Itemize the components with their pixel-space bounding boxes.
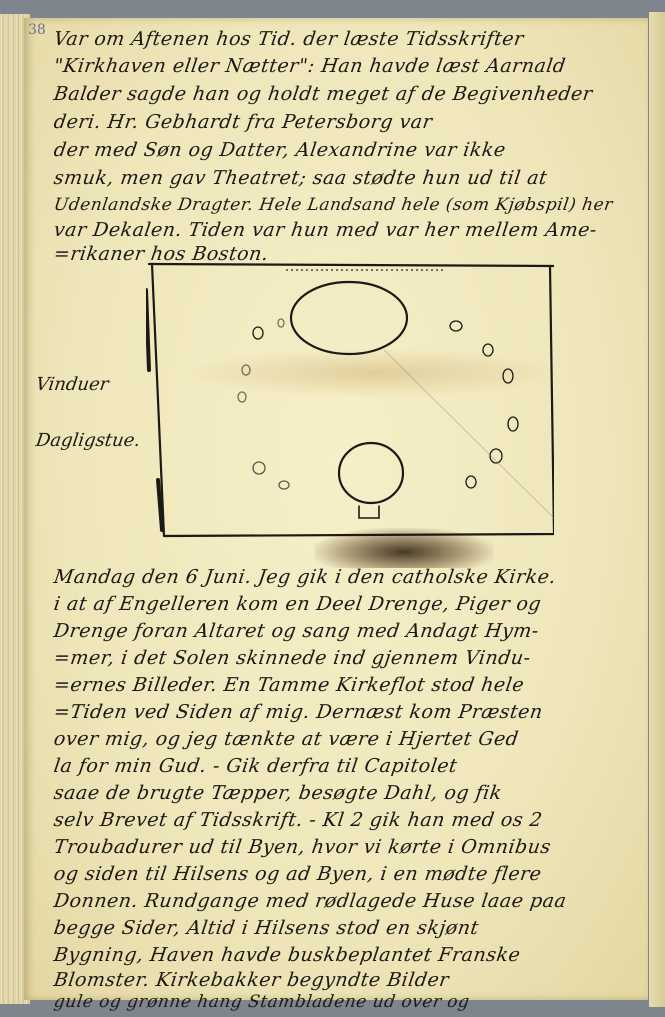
text-line: Drenge foran Altaret og sang med Andagt … (52, 620, 540, 642)
manuscript-page: 38 Var om Aftenen hos Tid. der læste Tid… (24, 18, 648, 1000)
text-line: Donnen. Rundgange med rødlagede Huse laa… (52, 890, 567, 912)
text-line: Mandag den 6 Juni. Jeg gik i den cathols… (52, 566, 557, 588)
margin-label-living-room: Dagligstue. (35, 430, 142, 451)
text-line: la for min Gud. - Gik derfra til Capitol… (52, 755, 458, 777)
text-line: og siden til Hilsens og ad Byen, i en mø… (52, 863, 543, 885)
text-line: smuk, men gav Theatret; saa stødte hun u… (52, 167, 548, 189)
text-line: Balder sagde han og holdt meget af de Be… (52, 83, 594, 105)
text-line: der med Søn og Datter, Alexandrine var i… (52, 139, 507, 161)
text-line: "Kirkhaven eller Nætter": Han havde læst… (52, 55, 567, 77)
text-line: selv Brevet af Tidsskrift. - Kl 2 gik ha… (52, 809, 543, 831)
text-line: =Tiden ved Siden af mig. Dernæst kom Præ… (52, 701, 544, 723)
text-line: =ernes Billeder. En Tamme Kirkeflot stod… (52, 674, 525, 696)
text-line: Bygning, Haven havde buskbeplantet Frans… (52, 944, 521, 966)
text-line: Blomster. Kirkebakker begyndte Bilder (52, 969, 450, 991)
text-line: var Dekalen. Tiden var hun med var her m… (52, 219, 598, 241)
floor-plan-sketch (146, 260, 554, 550)
scanned-manuscript: 38 Var om Aftenen hos Tid. der læste Tid… (0, 0, 665, 1017)
page-number: 38 (28, 22, 46, 38)
text-line: Udenlandske Dragter. Hele Landsand hele … (53, 195, 615, 215)
text-line: =mer, i det Solen skinnede ind gjennem V… (52, 647, 532, 669)
text-line: saae de brugte Tæpper, besøgte Dahl, og … (52, 782, 503, 804)
text-line: over mig, og jeg tænkte at være i Hjerte… (52, 728, 520, 750)
text-line: Var om Aftenen hos Tid. der læste Tidssk… (52, 28, 525, 50)
text-line: i at af Engelleren kom en Deel Drenge, P… (52, 593, 542, 615)
text-line: deri. Hr. Gebhardt fra Petersborg var (52, 111, 433, 133)
text-line: gule og grønne hang Stambladene ud over … (53, 992, 471, 1012)
book-right-edge (649, 12, 665, 1007)
text-line: Troubadurer ud til Byen, hvor vi kørte i… (52, 836, 552, 858)
text-line: begge Sider, Altid i Hilsens stod en skj… (52, 917, 480, 939)
margin-label-windows: Vinduer (35, 374, 110, 395)
